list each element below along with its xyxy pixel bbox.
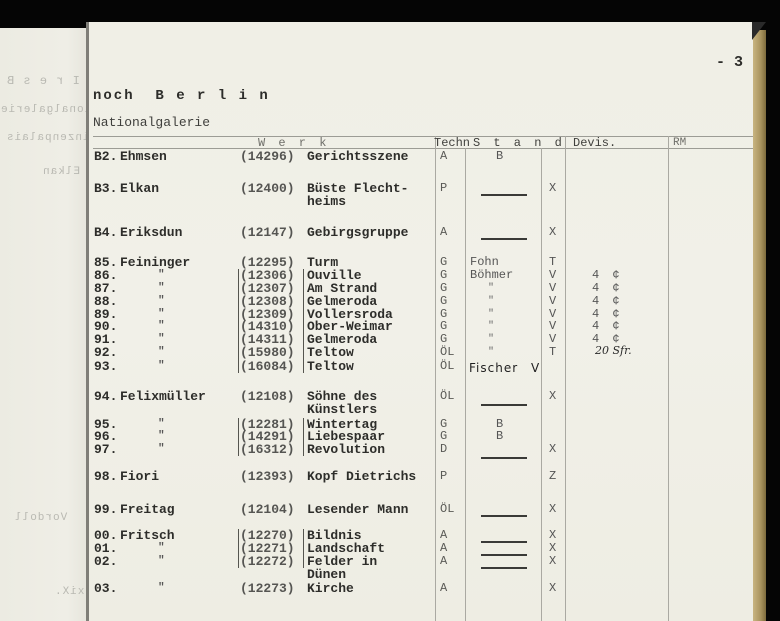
header-stand: S t a n d <box>473 137 565 150</box>
artist-name: " <box>158 430 165 443</box>
inventory-brace <box>238 418 243 456</box>
inventory-number: (12272) <box>240 555 295 568</box>
status-mark: X <box>549 390 556 403</box>
technique: P <box>440 470 447 483</box>
technique: ÖL <box>440 346 454 359</box>
row-number: B2. <box>94 150 117 163</box>
technique: ÖL <box>440 360 454 373</box>
page-corner <box>752 22 766 40</box>
inventory-brace <box>299 269 304 373</box>
inventory-brace <box>299 418 304 456</box>
work-title-cont: heims <box>307 195 346 208</box>
stand-dash <box>481 515 527 517</box>
stand-ditto: " <box>488 320 494 333</box>
stand-dash <box>481 238 527 240</box>
artist-name: " <box>158 582 165 595</box>
artist-name: " <box>158 295 165 308</box>
row-number: 97. <box>94 443 117 456</box>
row-number: 94. <box>94 390 117 403</box>
work-title-cont: Künstlers <box>307 403 377 416</box>
artist-name: " <box>158 333 165 346</box>
artist-name: Feininger <box>120 256 190 269</box>
inventory-number: (12273) <box>240 582 295 595</box>
inventory-brace <box>299 529 304 568</box>
header-rm: RM <box>673 137 686 150</box>
artist-name: Eriksdun <box>120 226 182 239</box>
inventory-number: (12108) <box>240 390 295 403</box>
inventory-brace <box>238 269 243 373</box>
technique: A <box>440 582 447 595</box>
stand-ditto: " <box>488 295 494 308</box>
status-mark: X <box>549 182 556 195</box>
stand-value: B <box>496 430 503 443</box>
technique: ÖL <box>440 390 454 403</box>
work-title-cont: Dünen <box>307 568 346 581</box>
row-number: 98. <box>94 470 117 483</box>
artist-name: " <box>158 542 165 555</box>
stand-dash <box>481 457 527 459</box>
inventory-number: (12104) <box>240 503 295 516</box>
artist-name: Elkan <box>120 182 159 195</box>
inventory-number: (12147) <box>240 226 295 239</box>
status-mark: X <box>549 443 556 456</box>
work-title: Lesender Mann <box>307 503 408 516</box>
underlying-page: I r e s B Nationalgalerie Kronprinzenpal… <box>0 28 96 621</box>
artist-name: " <box>158 269 165 282</box>
row-number: 93. <box>94 360 117 373</box>
inventory-number: (12393) <box>240 470 295 483</box>
column-rule <box>465 148 466 621</box>
document-page: - 3 -noch B e r l i nNationalgalerieW e … <box>86 22 757 621</box>
row-number: B4. <box>94 226 117 239</box>
stand-dash <box>481 541 527 543</box>
underlying-text: I r e s B <box>6 74 80 88</box>
inventory-number: (14296) <box>240 150 295 163</box>
page-edge <box>753 30 766 621</box>
column-rule <box>541 148 542 621</box>
technique: A <box>440 555 447 568</box>
artist-name: Felixmüller <box>120 390 206 403</box>
work-title: Teltow <box>307 360 354 373</box>
artist-name: Fritsch <box>120 529 175 542</box>
artist-name: Freitag <box>120 503 175 516</box>
stand-ditto: " <box>488 346 494 359</box>
artist-name: " <box>158 360 165 373</box>
work-title: Gerichtsszene <box>307 150 408 163</box>
row-number: 92. <box>94 346 117 359</box>
work-title: Revolution <box>307 443 385 456</box>
inventory-number: (16312) <box>240 443 295 456</box>
stand-value: Böhmer <box>470 269 513 282</box>
column-rule <box>565 136 566 621</box>
artist-name: Fiori <box>120 470 159 483</box>
status-mark: X <box>549 582 556 595</box>
row-number: 99. <box>94 503 117 516</box>
underlying-text: Vordoll <box>14 512 67 524</box>
underlying-text: Elkan <box>42 166 80 178</box>
stand-dash <box>481 567 527 569</box>
work-title: Kirche <box>307 582 354 595</box>
artist-name: Ehmsen <box>120 150 167 163</box>
column-rule <box>435 136 436 621</box>
status-mark: Z <box>549 470 556 483</box>
status-mark: T <box>549 346 556 359</box>
table-rule <box>93 148 755 149</box>
stand-ditto: " <box>488 282 494 295</box>
column-rule <box>668 136 669 621</box>
inventory-number: (12400) <box>240 182 295 195</box>
row-number: 02. <box>94 555 117 568</box>
technique: A <box>440 226 447 239</box>
stand-dash <box>481 194 527 196</box>
heading: noch B e r l i n <box>93 90 270 103</box>
row-number: B3. <box>94 182 117 195</box>
underlying-text: xiX. <box>54 586 84 598</box>
artist-name: " <box>158 320 165 333</box>
inventory-number: (16084) <box>240 360 295 373</box>
stand-dash <box>481 404 527 406</box>
technique: ÖL <box>440 503 454 516</box>
header-devis: Devis. <box>573 137 616 150</box>
technique: D <box>440 443 447 456</box>
status-mark: X <box>549 226 556 239</box>
status-mark: X <box>549 503 556 516</box>
status-handwritten: V <box>531 362 540 375</box>
stand-dash <box>481 554 527 556</box>
inventory-number: (15980) <box>240 346 295 359</box>
row-number: 03. <box>94 582 117 595</box>
subheading: Nationalgalerie <box>93 116 210 129</box>
work-title: Kopf Dietrichs <box>307 470 416 483</box>
stand-value: B <box>496 150 503 163</box>
work-title: Gebirgsgruppe <box>307 226 408 239</box>
artist-name: " <box>158 443 165 456</box>
devis-handwritten: 20 Sfr. <box>595 344 632 357</box>
stand-handwritten: Fischer <box>469 362 518 375</box>
table-rule <box>93 136 755 137</box>
artist-name: " <box>158 282 165 295</box>
artist-name: " <box>158 346 165 359</box>
stand-ditto: " <box>488 333 494 346</box>
inventory-brace <box>238 529 243 568</box>
technique: A <box>440 150 447 163</box>
status-mark: X <box>549 555 556 568</box>
work-title: Teltow <box>307 346 354 359</box>
artist-name: " <box>158 555 165 568</box>
technique: P <box>440 182 447 195</box>
